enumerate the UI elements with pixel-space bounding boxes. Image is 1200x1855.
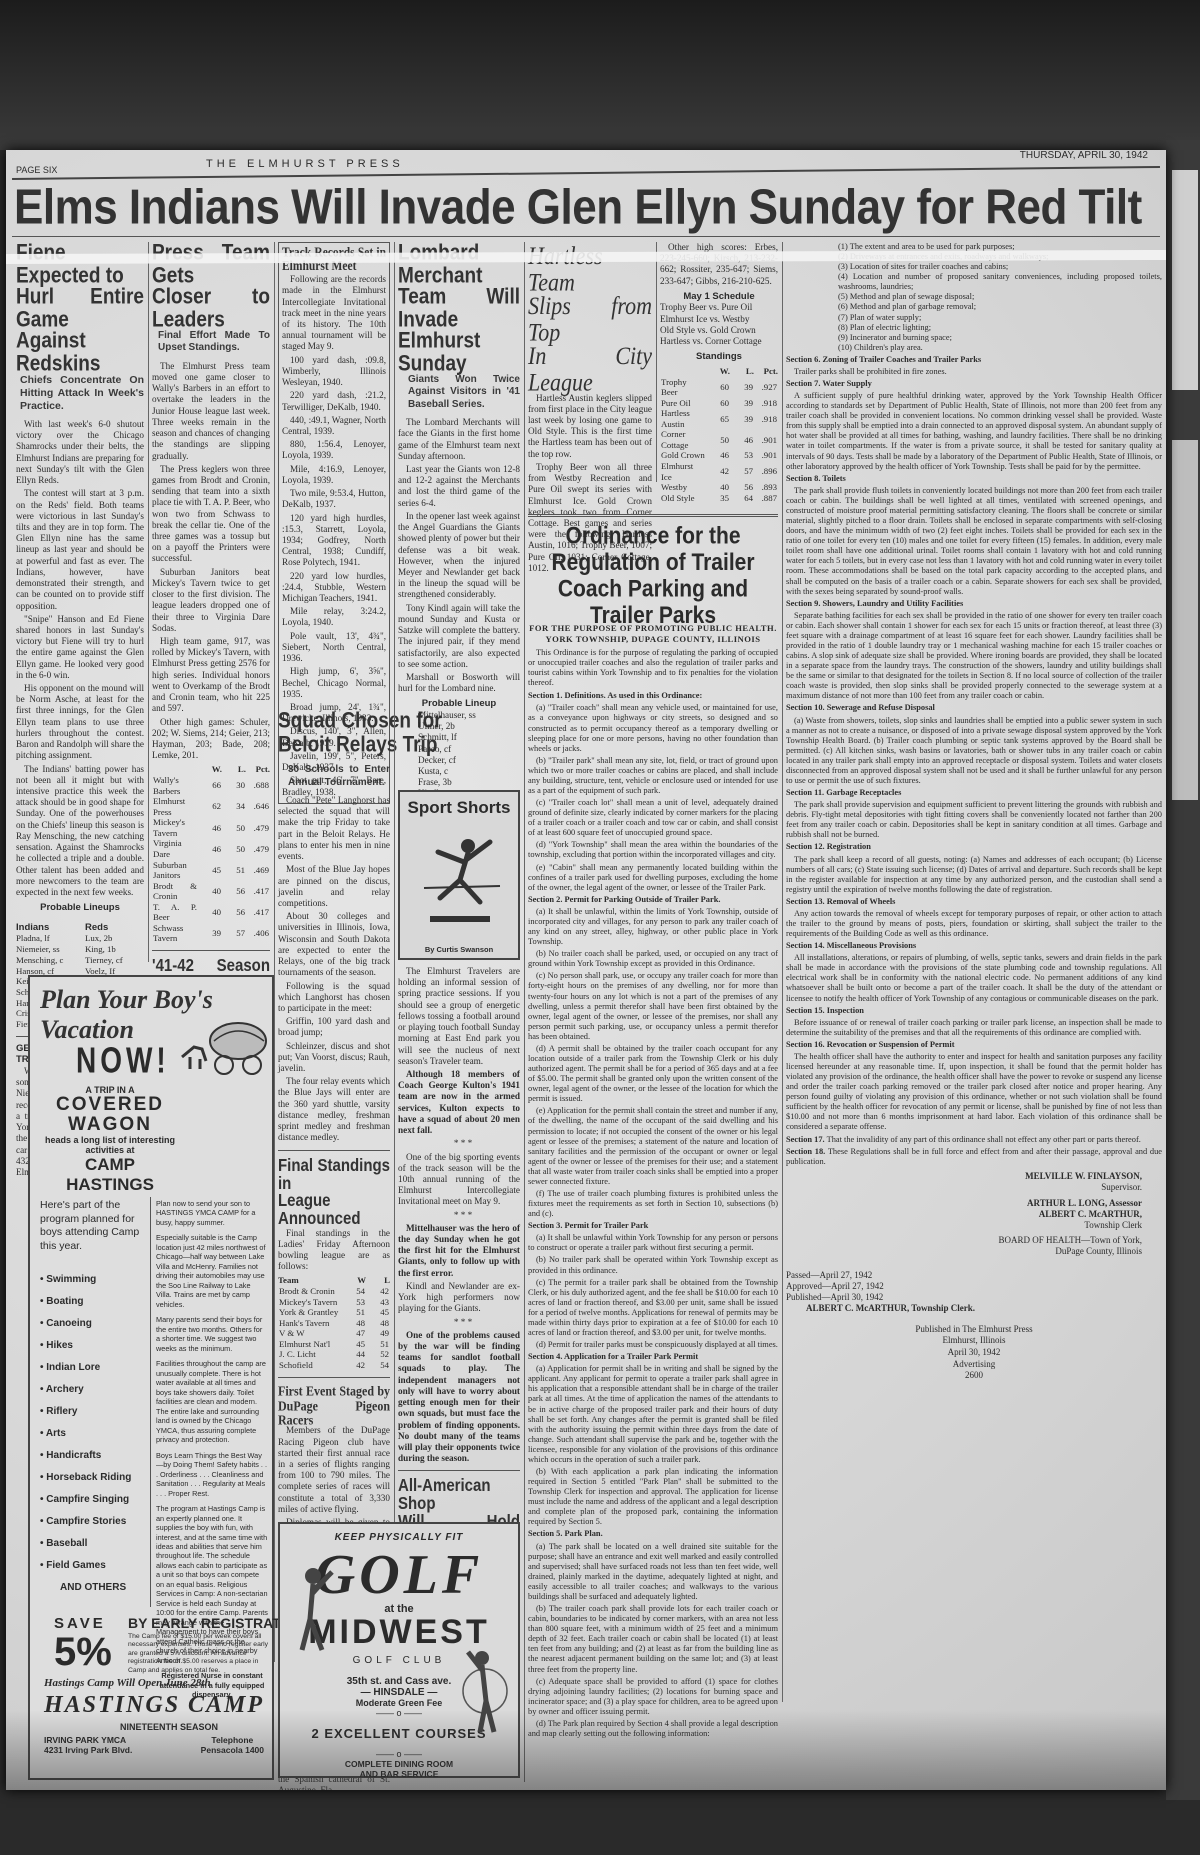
column-rule [148,242,149,962]
table-row: Wally's Barbers6630.688 [152,775,270,796]
table-row: Corner Cottage5046.901 [660,429,778,450]
section-title: Section 1. Definitions. As used in this … [528,691,778,701]
paragraph: Following are the records made in the El… [282,274,386,353]
banner-rule [12,236,1160,237]
scan-background-top [0,0,1200,150]
newspaper-page: PAGE SIX THE ELMHURST PRESS THURSDAY, AP… [6,150,1166,1790]
paragraph: The Lombard Merchants will face the Gian… [398,417,520,462]
table-row: Gold Crown4653.901 [660,450,778,461]
section-title: Section 10. Sewerage and Refuse Disposal [786,703,1162,713]
table-row: V & W4749 [278,1328,390,1339]
headline: Against Redskins [16,330,144,376]
camp-hastings-ad: Plan Your Boy's Vacation NOW! A TRIP IN … [28,975,274,1780]
column-rule [782,242,783,1702]
schedule: Trophy Beer vs. Pure OilElmhurst Ice vs.… [660,302,778,347]
record: High jump, 6', 3⅝", Bechel, Chicago Norm… [282,666,386,700]
headline: Hurl Entire Game [16,286,144,332]
ordinance-dates: Passed—April 27, 1942 Approved—April 27,… [786,1270,1162,1313]
record: Two mile, 9:53.4, Hutton, DeKalb, 1937. [282,488,386,510]
standings-table: W.L.Pct. Trophy Beer6039.927 Pure Oil603… [660,366,778,503]
section-title: Section 9. Showers, Laundry and Utility … [786,599,1162,609]
paragraph: One of the big sporting events of the tr… [398,1152,520,1208]
table-row: Schwass Tavern3957.406 [152,923,270,944]
table-row: Mickey's Tavern5343 [278,1297,390,1308]
paragraph: Most of the Blue Jay hopes are pinned on… [278,864,390,909]
activities-list: Here's part of the program planned for b… [40,1199,148,1593]
lineup: Mittelhauser, ssUlmer, 2b Schmitt, lfPas… [398,710,520,800]
banner-headline: Elms Indians Will Invade Glen Ellyn Sund… [14,180,1164,236]
high-jumper-icon [420,828,504,928]
clause: (d) Permit for trailer parks must be con… [528,1340,778,1350]
section-title: Section 6. Zoning of Trailer Coaches and… [786,355,1162,365]
clause: (f) The use of trailer coach plumbing fi… [528,1189,778,1219]
deck: Giants Won Twice Against Visitors in '41… [408,374,520,412]
clause: (d) The Park plan required by Section 4 … [528,1719,778,1739]
record: 220 yard dash, :21.2, Terwilliger, DeKal… [282,390,386,412]
covered-wagon-icon [180,1017,270,1077]
clause: (a) Waste from showers, toilets, slop si… [786,716,1162,787]
paragraph: Following is the squad which Langhorst h… [278,981,390,1015]
camp-contact: IRVING PARK YMCA4231 Irving Park Blvd. T… [44,1735,264,1755]
table-row: Elmhurst Nat'l4551 [278,1339,390,1350]
table-row: York & Grantley5145 [278,1307,390,1318]
issue-date: THURSDAY, APRIL 30, 1942 [1020,150,1148,161]
clause: Before issuance of or renewal of trailer… [786,1018,1162,1038]
paragraph: Griffin, 100 yard dash and broad jump; [278,1016,390,1038]
clause: (a) It shall be unlawful within York Tow… [528,1233,778,1253]
player: Mensching, c [16,955,75,966]
headline: Closer to Leaders [152,286,270,332]
player: Niemeier, ss [16,944,75,955]
clause: All installations, alterations, or repai… [786,953,1162,1003]
camp-name: HASTINGS CAMP [44,1692,264,1719]
clause: (c) The permit for a trailer park shall … [528,1278,778,1338]
table-row: Mickey's Tavern4650.479 [152,817,270,838]
record: 220 yard low hurdles, :24.4, Stubble, We… [282,571,386,605]
ordinance-continued: (1) The extent and area to be used for p… [786,242,1162,1382]
clause: (b) "Trailer park" shall mean any site, … [528,756,778,796]
headline: Team Will Invade [398,286,520,332]
paragraph: This Ordinance is for the purpose of reg… [528,648,778,688]
table-row: Suburban Janitors4551.469 [152,860,270,881]
clause: The health officer shall have the author… [786,1052,1162,1133]
standings-table: TeamWL Brodt & Cronin5442 Mickey's Taver… [278,1275,390,1370]
section-title: Section 15. Inspection [786,1006,1162,1016]
camp-season: NINETEENTH SEASON [120,1722,218,1732]
paragraph: Final standings in the Ladies' Friday Af… [278,1228,390,1273]
headline: Final Standings in [278,1157,390,1193]
ad-lead: A TRIP IN A COVERED WAGON heads a long l… [40,1085,180,1195]
clause: Any action towards the removal of wheels… [786,909,1162,939]
paragraph: The contest will start at 3 p.m. on the … [16,488,144,611]
table-row: J. C. Licht4452 [278,1349,390,1360]
lineup-title: Probable Lineup [398,698,520,710]
table-row: Westby4056.893 [660,482,778,493]
paragraph: Tony Kindl again will take the mound Sun… [398,603,520,670]
paper-name: THE ELMHURST PRESS [206,158,404,170]
table-row: Hank's Tavern4848 [278,1318,390,1329]
headline: Slips from Top [528,292,652,345]
record: Mile, 4:16.9, Lenoyer, Loyola, 1939. [282,464,386,486]
clause: (c) No person shall park, use, or occupy… [528,971,778,1042]
section-title: Section 14. Miscellaneous Provisions [786,941,1162,951]
section-title: Section 7. Water Supply [786,379,1162,389]
section-title: Section 13. Removal of Wheels [786,897,1162,907]
golfer-icon [460,1646,510,1736]
midwest-golf-ad: KEEP PHYSICALLY FIT GOLF at the MIDWEST … [278,1522,520,1778]
team-label: Indians [16,922,75,934]
team-label: Reds [85,922,144,934]
section-title: Section 2. Permit for Parking Outside of… [528,895,778,905]
section-title: Section 8. Toilets [786,474,1162,484]
clause: (a) The park shall be located on a well … [528,1542,778,1602]
paragraph: Other high scores: Erbes, 223-245-660; K… [660,242,778,287]
schedule-title: May 1 Schedule [660,291,778,303]
sport-shorts-box: Sport Shorts By Curtis Swanson [398,790,520,960]
byline: By Curtis Swanson [400,945,518,954]
section-title: Section 11. Garbage Receptacles [786,788,1162,798]
headline: In City League [528,342,652,395]
lineups-title: Probable Lineups [16,902,144,914]
deck: Final Effort Made To Upset Standings. [158,330,270,355]
standings-title: Standings [660,351,778,363]
page-number: PAGE SIX [16,165,57,175]
paragraph: Coach "Pete" Langhorst has selected the … [278,795,390,862]
masthead-rule [12,166,1160,180]
clause: (e) "Cabin" shall mean any permanently l… [528,863,778,893]
paragraph: Suburban Janitors beat Mickey's Tavern t… [152,567,270,634]
headline: Lombard Merchant [398,242,520,288]
table-row: Hartless Austin6539.918 [660,408,778,429]
table-row: Schofield4254 [278,1360,390,1371]
adjacent-page-edge [1166,140,1200,1800]
paragraph: Although 18 members of Coach George Kult… [398,1069,520,1136]
section-title: Section 16. Revocation or Suspension of … [786,1040,1162,1050]
deck: 30 Schools to Enter Annual Tournament. [288,764,390,789]
section-title: Section 4. Application for a Trailer Par… [528,1352,778,1362]
player: Tierney, cf [85,955,144,966]
record: 100 yard dash, :09.8, Wimberly, Illinois… [282,355,386,389]
ordinance-notice: Ordinance for the Regulation of Trailer … [528,508,778,1741]
paragraph: Last year the Giants won 12-8 and 12-2 a… [398,464,520,509]
table-row: T. A. P. Beer4056.417 [152,902,270,923]
paragraph: The Press keglers won three games from B… [152,464,270,565]
paragraph: The Elmhurst Travelers are holding an in… [398,966,520,1067]
standings-table: W.L.Pct. Wally's Barbers6630.688 Elmhurs… [152,764,270,943]
deck: Chiefs Concentrate On Hitting Attack In … [20,374,144,413]
headline: Hartless Team [528,242,652,295]
paragraph: The four relay events which the Blue Jay… [278,1076,390,1143]
headline: All-American Shop [398,1477,520,1513]
player: Lux, 2b [85,933,144,944]
clause: These Regulations shall be in full force… [786,1147,1162,1166]
section-title: Section 5. Park Plan. [528,1529,778,1539]
ad-kicker: KEEP PHYSICALLY FIT [280,1532,518,1543]
paragraph: The Elmhurst Press team moved one game c… [152,361,270,462]
early-registration-offer: SAVE 5% BY EARLY REGISTRATION The Camp f… [54,1615,284,1672]
section-title: Section 12. Registration [786,842,1162,852]
clause: The park shall keep a record of all gues… [786,855,1162,895]
record: 440, :49.1, Wagner, North Central, 1939. [282,415,386,437]
record: 880, 1:56.4, Lenoyer, Loyola, 1939. [282,439,386,461]
player: King, 1b [85,944,144,955]
paragraph: Kindl and Newlander are ex-York high per… [398,1281,520,1315]
paragraph: High team game, 917, was rolled by Micke… [152,636,270,715]
golfer-icon [288,1564,338,1654]
camp-opening: Hastings Camp Will Open June 28th [44,1677,211,1689]
table-row: Elmhurst Press6234.646 [152,796,270,817]
paragraph: Marshall or Bosworth will hurl for the L… [398,672,520,694]
clause: The park shall provide flush toilets in … [786,486,1162,597]
paragraph: With last week's 6-0 shutout victory ove… [16,419,144,486]
paragraph: Mittelhauser was the hero of the day Sun… [398,1223,520,1279]
article-lombard: Lombard Merchant Team Will Invade Elmhur… [398,242,520,800]
clause: Separate bathing facilities for each sex… [786,611,1162,702]
paragraph: Schleinzer, discus and shot put; Van Voo… [278,1041,390,1075]
article-hartless-cont: Other high scores: Erbes, 223-245-660; K… [660,242,778,506]
paragraph: Hartless Austin keglers slipped from fir… [528,393,652,460]
clause: (d) "York Township" shall mean the area … [528,840,778,860]
clause: (b) No trailer coach shall be parked, us… [528,949,778,969]
headline: Fiene Expected to [16,242,144,288]
player: Pladna, lf [16,933,75,944]
paragraph: About 30 colleges and universities in Il… [278,911,390,978]
paragraph: The Indians' batting power has not been … [16,764,144,899]
column-rule [524,242,525,1782]
clause: The park shall provide supervision and e… [786,800,1162,840]
clause: (e) Application for the permit shall con… [528,1106,778,1187]
section-title: Section 3. Permit for Trailer Park [528,1221,778,1231]
publication-note: Published in The Elmhurst Press Elmhurst… [786,1324,1162,1382]
table-row: Old Style3564.887 [660,493,778,504]
clause: (b) With each application a park plan in… [528,1467,778,1527]
ordinance-headline: Ordinance for the Regulation of Trailer … [528,523,778,629]
paragraph: "Snipe" Hanson and Ed Fiene shared honor… [16,614,144,681]
clause: (c) "Trailer coach lot" shall mean a uni… [528,798,778,838]
table-row: Virginia Dare4650.479 [152,838,270,859]
headline: League Announced [278,1192,390,1228]
record: 120 yard high hurdles, :15.3, Starrett, … [282,513,386,569]
clause: (d) A permit shall be obtained by the tr… [528,1044,778,1104]
column-title: Sport Shorts [400,798,518,818]
clause: Trailer parks shall be prohibited in fir… [786,367,1162,377]
clause: (b) The trailer coach park shall provide… [528,1604,778,1675]
paragraph: Other high games: Schuler, 202; W. Siems… [152,717,270,762]
headline: Elmhurst Sunday [398,330,520,376]
paragraph: His opponent on the mound will be Norm A… [16,683,144,762]
column-rule [656,242,657,482]
record: Pole vault, 13', 4¾", Siebert, North Cen… [282,631,386,665]
clause: (a) Application for permit shall be in w… [528,1364,778,1465]
signatures: MELVILLE W. FINLAYSON, Supervisor. ARTHU… [786,1171,1162,1257]
table-row: Trophy Beer6039.927 [660,377,778,398]
clause: (b) No trailer park shall be operated wi… [528,1255,778,1275]
table-row: Elmhurst Ice4257.896 [660,461,778,482]
headline: Press Team Gets [152,242,270,288]
paragraph: Members of the DuPage Racing Pigeon club… [278,1425,390,1515]
table-row: Pure Oil6039.918 [660,398,778,409]
clause: (a) It shall be unlawful, within the lim… [528,907,778,947]
table-row: Brodt & Cronin5442 [278,1286,390,1297]
paragraph: In the opener last week against the Ange… [398,511,520,601]
clause: (c) Adequate space shall be provided to … [528,1677,778,1717]
column-rule [274,242,275,1662]
clause: That the invalidity of any part of this … [827,1135,1141,1144]
headline: First Event Staged by DuPage Pigeon Race… [278,1384,390,1427]
column-rule [394,242,395,1582]
clause: A sufficient supply of pure healthful dr… [786,391,1162,472]
record: Mile relay, 3:24.2, Loyola, 1940. [282,606,386,628]
paragraph: One of the problems caused by the war wi… [398,1330,520,1465]
table-row: Brodt & Cronin4056.417 [152,881,270,902]
clause: (a) "Trailer coach" shall mean any vehic… [528,703,778,753]
